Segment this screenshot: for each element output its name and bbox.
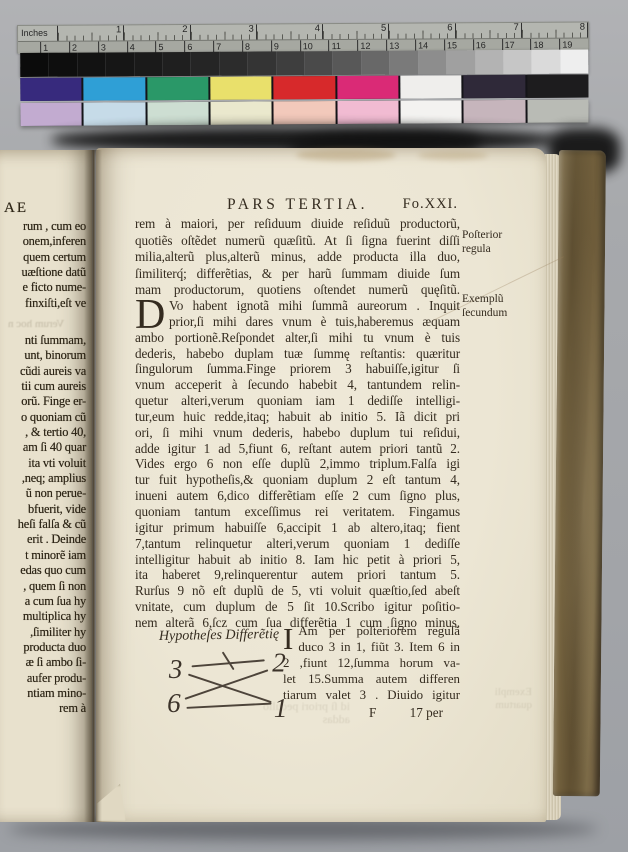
ruler: Inches 12345678 123456789101112131415161… [17,22,589,53]
photo-stage: Inches 12345678 123456789101112131415161… [0,0,628,852]
margin-note-exemplum-secundum: Exemplũ ſecundum [462,293,544,320]
text-line: Vides ergo 6 non eſſe duplũ 2,immo tripl… [135,456,460,472]
left-page-text-line: nti ſummam, [0,333,86,348]
grayscale-step [503,50,532,74]
grayscale-step [219,52,248,76]
grayscale-step [77,52,106,76]
text-line: Vo habent ignotã mihi ſummã aureorum . I… [169,298,460,314]
inch-tick-label: 1 [58,25,124,40]
left-page-text-block: nti ſummam,unt, binorumcũdi aureis vatii… [0,333,86,717]
text-line: intelligitur habuit ab initio 8. Iam hic… [135,552,460,568]
inch-tick-label: 8 [522,23,588,38]
color-patch [20,78,81,101]
paragraph-2: Vo habent ignotã mihi ſummã aureorum . I… [135,298,460,631]
inch-tick-label: 6 [389,23,455,38]
left-page-text-line: e ficto nume- [0,280,86,295]
running-header: PARS TERTIA. Fo.XXI. [135,196,460,213]
gathering-signature: F [369,705,376,720]
grayscale-step [361,51,390,75]
text-line: duco 3 in 1, fiũt 3. Item 6 in [283,639,460,655]
grayscale-step [276,51,305,75]
margin-note-line: Exemplũ [462,293,544,307]
left-page: AE rum , cum eoonem,inferenquem certumuæ… [0,150,92,822]
grayscale-step [333,51,362,75]
text-line: ſimiliterq́; differẽtias, & per harũ ſum… [135,266,460,283]
text-line: prior,ſi mihi dares vnum è tuis,haberemu… [169,314,460,330]
color-patch-row-top [20,75,588,101]
text-line: ſingulorum ſumma.Finge priorem 3 habuiſſ… [135,361,460,377]
grayscale-step [134,52,163,76]
text-line: ori, ſi mihi vnum dederis, habebo duplum… [135,425,460,441]
text-line: vnitate, cum duplum de 5 ſit 10.Scribo i… [135,599,460,615]
text-line: let 15.Summa autem differen [283,671,460,687]
grayscale-step [446,50,475,74]
color-patch [527,100,588,123]
color-patch-row-bottom [20,100,588,126]
text-line: adde igitur 1 ad 5,fiunt 6, reſtant aute… [135,441,460,457]
text-line: 2 ,fiunt 12,ſumma horum va- [283,655,460,671]
left-page-text-line: onem,inferen [0,234,86,249]
color-patch [274,76,335,99]
margin-note-line: Poſterior [462,229,544,243]
left-page-text-line: ntiam mino- [0,686,86,701]
margin-note-posterior-regula: Poſterior regula [462,229,544,256]
color-patch [84,77,145,100]
grayscale-step [247,51,276,75]
left-page-text-line: aufer produ- [0,671,86,686]
color-patch [527,75,588,98]
color-patch [400,100,461,123]
right-page: PARS TERTIA. Fo.XXI. rem à maiori, per r… [96,148,546,822]
inch-tick-label: 5 [323,24,389,39]
margin-note-line: ſecundum [462,307,544,321]
show-through-text: Exempli quartum [462,686,532,712]
bottom-column-lines: Am per poſteriorem regulãduco 3 in 1, fi… [283,623,460,703]
folio-number: Fo.XXI. [403,196,458,213]
text-line: tur,eum huic redde,itaq; habuit ab initi… [135,409,460,425]
grayscale-step [389,51,418,75]
color-patch [464,75,525,98]
text-line: 7,tantum relinquetur alteri,verum quonia… [135,536,460,552]
inch-tick-label: 4 [257,24,323,39]
grayscale-step [304,51,333,75]
grayscale-step [20,53,49,77]
color-patch [400,75,461,98]
left-page-text-line: rum , cum eo [0,219,86,234]
left-page-text-line: heſi falſa & cũ [0,517,86,532]
show-through-text: id ſi priori peculio addas [150,700,350,726]
grayscale-step [475,50,504,74]
left-page-text-line: o quoniam cũ [0,410,86,425]
left-page-text-line: unt, binorum [0,348,86,363]
color-patch [84,102,145,125]
left-page-text-line: ,neq; amplius [0,471,86,486]
text-line: ita haberet 9,relinquerentur autem prior… [135,567,460,583]
text-line: dederis, habebo duplam tuæ ſummę reſtant… [135,346,460,362]
text-line: Rurſus 9 nõ eſt duplũ de 5, vti voluit q… [135,583,460,599]
text-line: ambo portionẽ.Reſpondet alter,ſi mihi tu… [135,330,460,346]
left-page-text-line: ũ non perue- [0,486,86,501]
show-through-line: quartum [462,699,532,712]
color-patch [337,101,398,124]
text-line: mam productorum, quotiens oſtendet numer… [135,282,460,299]
text-line: rem à maiori, per reſiduum diuide reſidu… [135,216,460,233]
color-patch [210,76,271,99]
inch-tick-label: 3 [191,25,257,40]
left-page-text-line: a cum ſua hy [0,594,86,609]
text-line: igitur primum habuiſſe 6,accipit 1 ab al… [135,520,460,536]
calibration-target: Inches 12345678 123456789101112131415161… [17,22,589,53]
left-page-text-line: uæſtione datũ [0,265,86,280]
left-page-text-line: ita vti voluit [0,456,86,471]
margin-note-line: regula [462,243,544,257]
left-page-text-line: am ſi 40 quar [0,440,86,455]
text-line: tur fuit hypotheſis,& quoniam duplum 2 e… [135,472,460,488]
left-page-text-line: bfuerit, vide [0,502,86,517]
color-patch [20,103,81,126]
left-page-text-line: rem à [0,701,86,716]
initial-letter: I [283,624,293,654]
diagram-label: Hypotheſes Differẽtię [159,627,279,645]
left-page-text-line: t minorẽ iam [0,548,86,563]
show-through-line: id ſi priori peculio [150,700,350,713]
grayscale-step [162,52,191,76]
grayscale-strip [20,50,588,77]
ruler-inch-ticks: 12345678 [58,23,588,41]
grayscale-step [191,52,220,76]
text-line: Am per poſteriorem regulã [283,623,460,639]
ruler-units-label: Inches [18,26,58,41]
grayscale-step [49,53,78,77]
color-patch [210,101,271,124]
text-line: milia,alterũ plus,alterũ minus, adde pro… [135,249,460,266]
section-title: PARS TERTIA. [227,196,368,214]
page-stain [418,151,488,160]
grayscale-step [531,50,560,74]
left-page-text-line: æ ſi ambo ſi- [0,655,86,670]
left-page-header-fragment: AE [4,200,28,217]
paragraph-1: rem à maiori, per reſiduum diuide reſidu… [135,216,460,299]
left-page-text-line: erit . Deinde [0,532,86,547]
text-line: quetur alteri,verum quoniam iam 1 dediſſ… [135,393,460,409]
left-page-text-block: rum , cum eoonem,inferenquem certumuæſti… [0,219,86,311]
catchword: 17 per [410,705,443,720]
left-page-text-line: tii cum aureis [0,379,86,394]
color-patch [147,77,208,100]
color-patch [147,102,208,125]
vellum-cover-edge [553,150,606,796]
text-line: vnum acceperit à ſecundo habebit 4, tant… [135,377,460,393]
left-page-text-line: quem certum [0,250,86,265]
color-patch [274,101,335,124]
color-patch [464,100,525,123]
page-stain [296,149,396,161]
left-page-text-line: cũdi aureis va [0,364,86,379]
show-through-text: Verum hoc n [8,318,64,330]
left-page-text-line: ,ſimiliter hy [0,625,86,640]
left-page-text-line: , quem ſi non [0,579,86,594]
left-page-text-line: multiplica hy [0,609,86,624]
left-page-text-line: producta duo [0,640,86,655]
inch-tick-label: 2 [124,25,190,40]
inch-tick-label: 7 [455,23,521,38]
diagram-number-top-left: 3 [168,654,183,684]
show-through-line: addas [150,713,350,726]
left-page-text-line: finxiſti,eſt ve [0,296,86,311]
book-gutter [84,150,102,822]
grayscale-step [105,52,134,76]
grayscale-step [560,50,589,74]
grayscale-step [418,50,447,74]
text-line: quoniam tantum exceſſimus rei veritatem.… [135,504,460,520]
left-page-text-line: orũ. Finge er- [0,394,86,409]
left-page-text-line: edas quo cum [0,563,86,578]
show-through-line: Exempli [462,686,532,699]
color-patch [337,76,398,99]
text-line: quotiẽs oſtẽdet numerũ quæſitũ. At ſi ſi… [135,233,460,250]
text-line: inueni autem 6,dico differẽtiam eſſe 2 c… [135,488,460,504]
left-page-text-line: , & tertio 40, [0,425,86,440]
